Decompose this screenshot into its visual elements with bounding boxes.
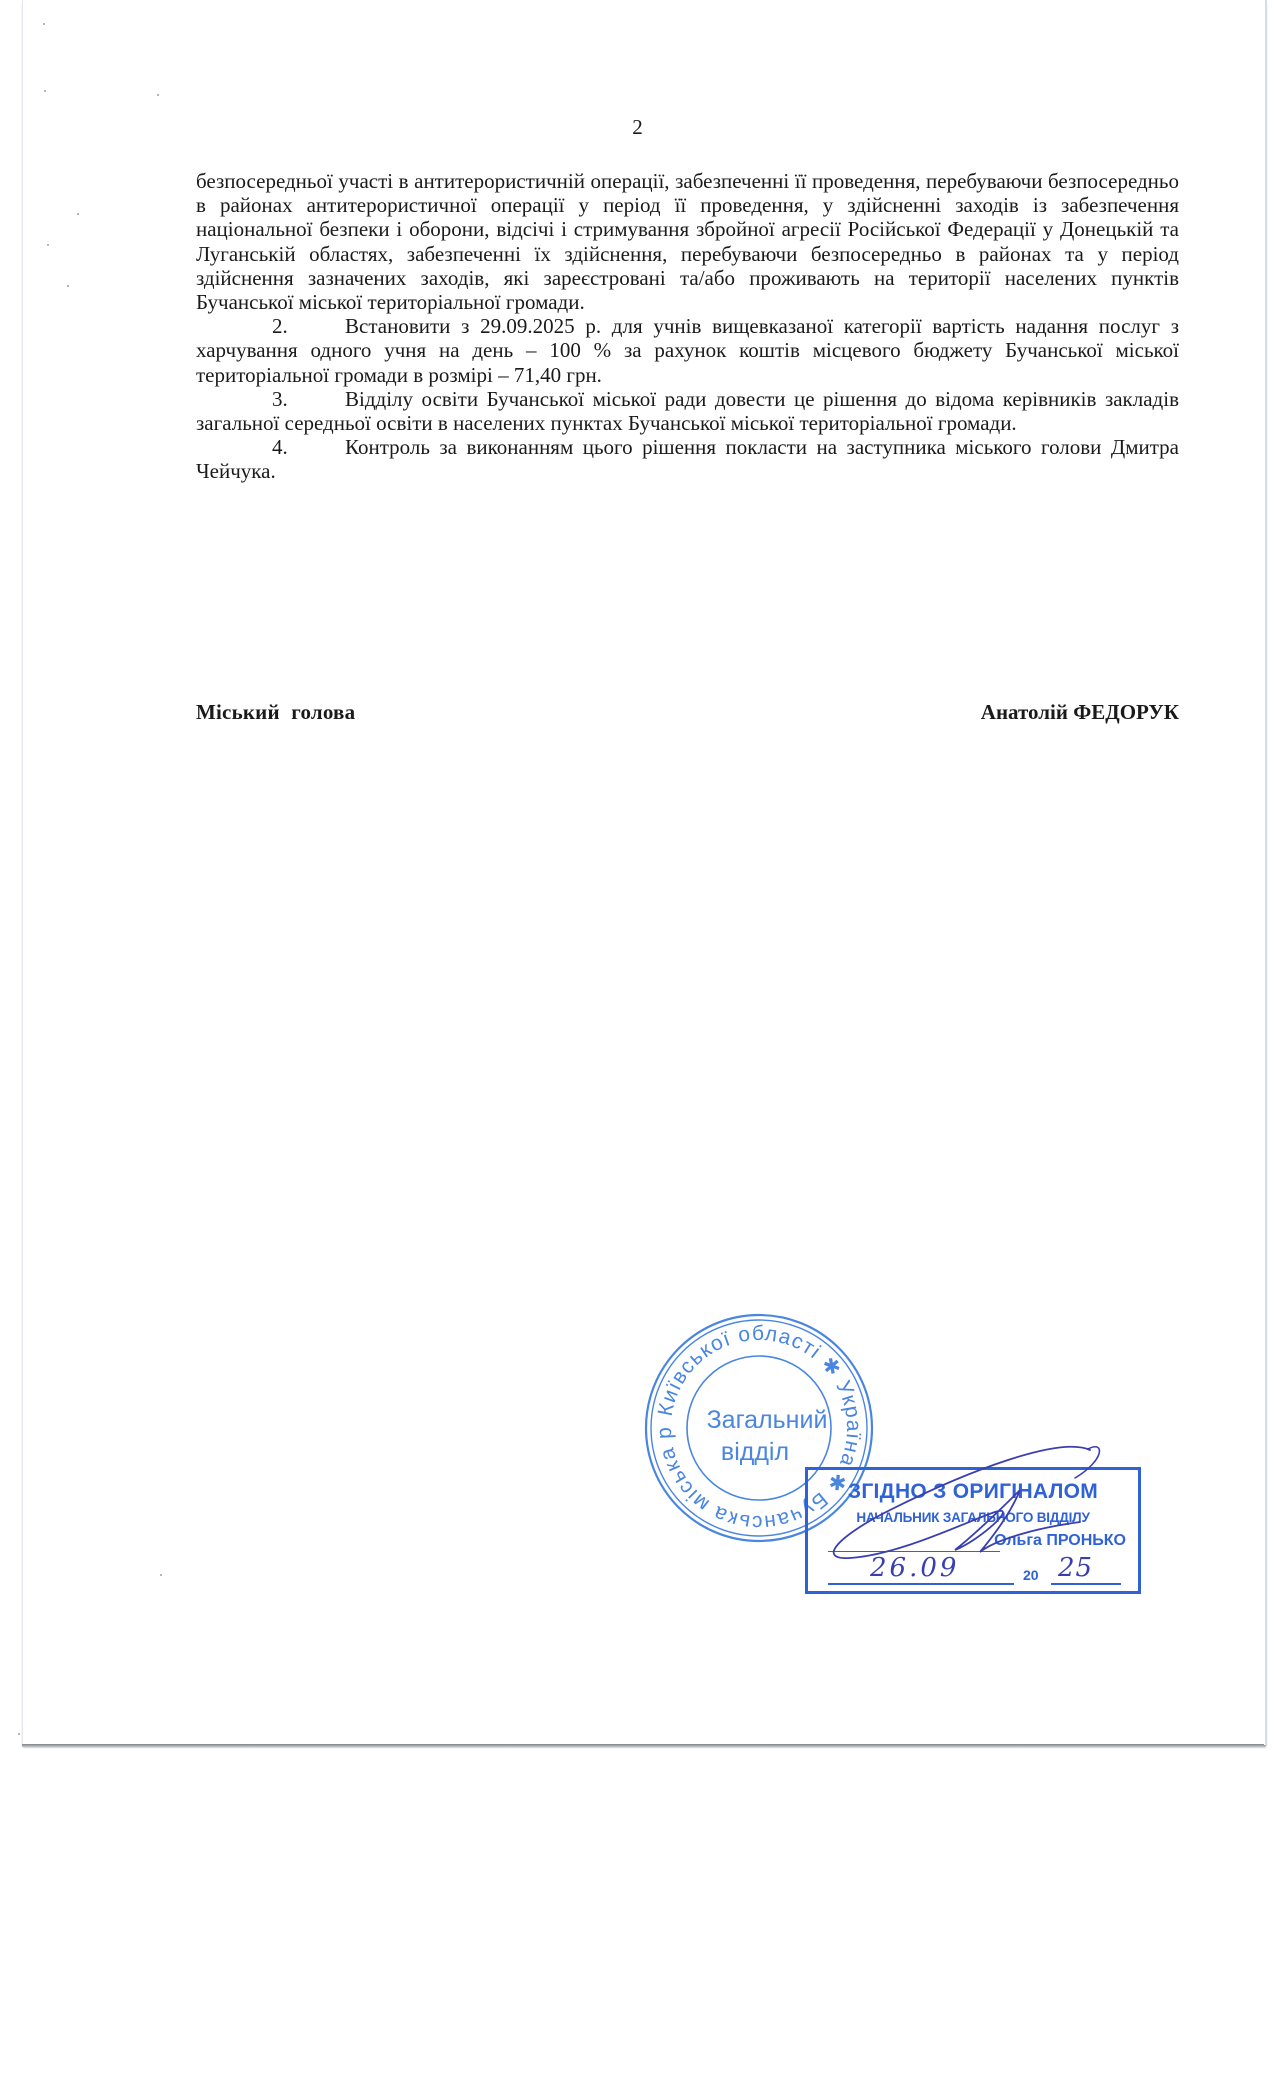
signatory-title-word: Міський	[196, 700, 280, 724]
signature-line	[828, 1551, 1000, 1552]
signatory-title-word: голова	[291, 700, 355, 724]
scan-speck	[18, 1733, 20, 1735]
page-number: 2	[0, 115, 1275, 140]
paragraph-continuation: безпосередньої участі в антитерористичні…	[196, 169, 1179, 314]
handwritten-year: 25	[1058, 1553, 1093, 1583]
page-bottom-edge	[22, 1744, 1264, 1747]
scan-speck	[67, 285, 69, 287]
date-line	[828, 1583, 1014, 1585]
scan-speck	[47, 244, 49, 246]
decision-body: безпосередньої участі в антитерористичні…	[196, 169, 1179, 484]
decision-item-4: 4.Контроль за виконанням цього рішення п…	[196, 435, 1179, 483]
stamp-official-name: Ольга ПРОНЬКО	[994, 1532, 1126, 1550]
signature-block: Міський голова Анатолій ФЕДОРУК	[196, 700, 1179, 725]
decision-item-2: 2.Встановити з 29.09.2025 р. для учнів в…	[196, 314, 1179, 387]
certification-stamp: ЗГІДНО З ОРИГІНАЛОМ НАЧАЛЬНИК ЗАГАЛЬНОГО…	[805, 1467, 1141, 1594]
svg-text:відділ: відділ	[721, 1438, 789, 1466]
item-number: 4.	[272, 435, 345, 459]
scan-speck	[160, 1574, 162, 1576]
scan-speck	[77, 213, 79, 215]
item-number: 2.	[272, 314, 345, 338]
scan-speck	[43, 23, 45, 25]
signatory-title: Міський голова	[196, 700, 355, 725]
svg-text:Загальний: Загальний	[707, 1406, 828, 1434]
handwritten-date: 26.09	[870, 1553, 959, 1583]
decision-item-3: 3.Відділу освіти Бучанської міської ради…	[196, 387, 1179, 435]
stamp-heading: ЗГІДНО З ОРИГІНАЛОМ	[808, 1480, 1138, 1504]
year-prefix: 20	[1023, 1567, 1039, 1583]
year-line	[1051, 1583, 1121, 1585]
signatory-name: Анатолій ФЕДОРУК	[981, 700, 1179, 725]
item-number: 3.	[272, 387, 345, 411]
scan-speck	[44, 90, 46, 92]
stamp-position: НАЧАЛЬНИК ЗАГАЛЬНОГО ВІДДІЛУ	[808, 1510, 1138, 1525]
scan-speck	[157, 94, 159, 96]
